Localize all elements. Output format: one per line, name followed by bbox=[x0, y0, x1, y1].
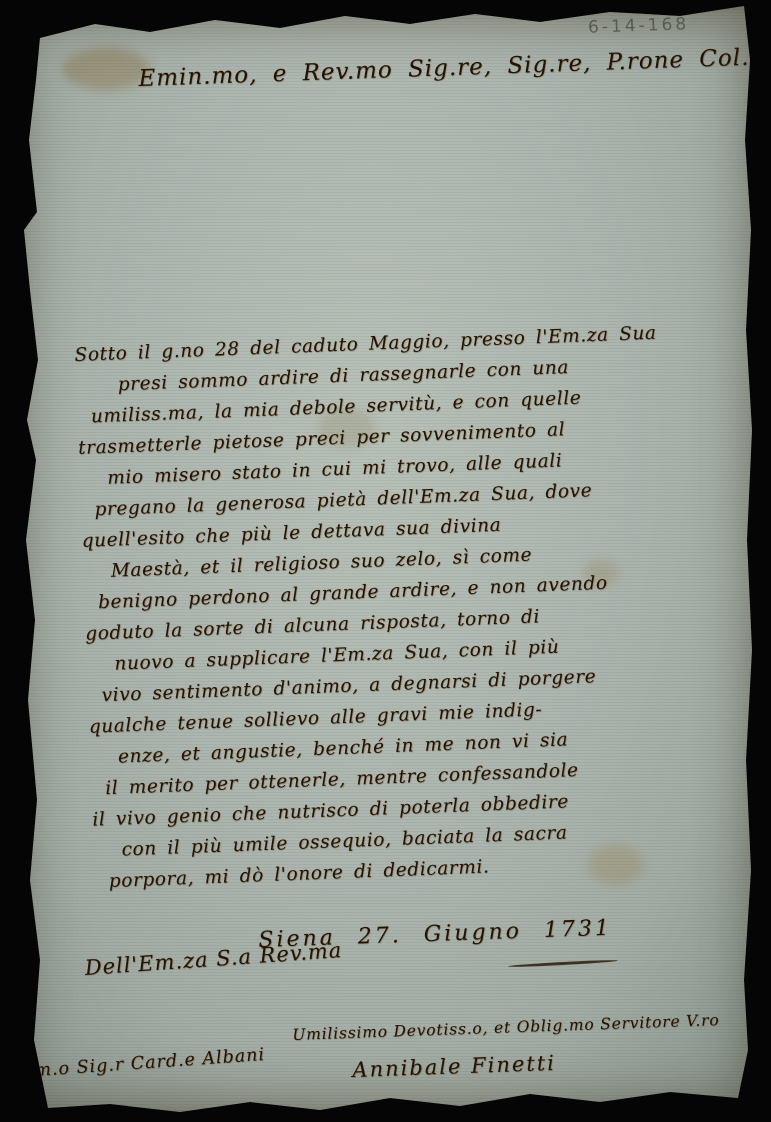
scan-background: 6-14-168 Emin.mo, e Rev.mo Sig.re, Sig.r… bbox=[0, 0, 771, 1122]
valediction-line: Umilissimo Devotiss.o, et Oblig.mo Servi… bbox=[292, 1011, 720, 1044]
year-underline-flourish bbox=[508, 959, 618, 968]
signature: Annibale Finetti bbox=[352, 1051, 556, 1082]
salutation-line: Emin.mo, e Rev.mo Sig.re, Sig.re, P.rone… bbox=[138, 43, 771, 92]
letter-body: Sotto il g.no 28 del caduto Maggio, pres… bbox=[74, 315, 735, 897]
stain-mark bbox=[62, 48, 150, 90]
addressee-line: Em.o Sig.r Card.e Albani bbox=[20, 1045, 266, 1082]
sender-intro-line: Dell'Em.za S.a Rev.ma bbox=[84, 938, 343, 980]
paper-sheet: 6-14-168 Emin.mo, e Rev.mo Sig.re, Sig.r… bbox=[0, 0, 771, 1122]
archival-number: 6-14-168 bbox=[588, 14, 690, 38]
